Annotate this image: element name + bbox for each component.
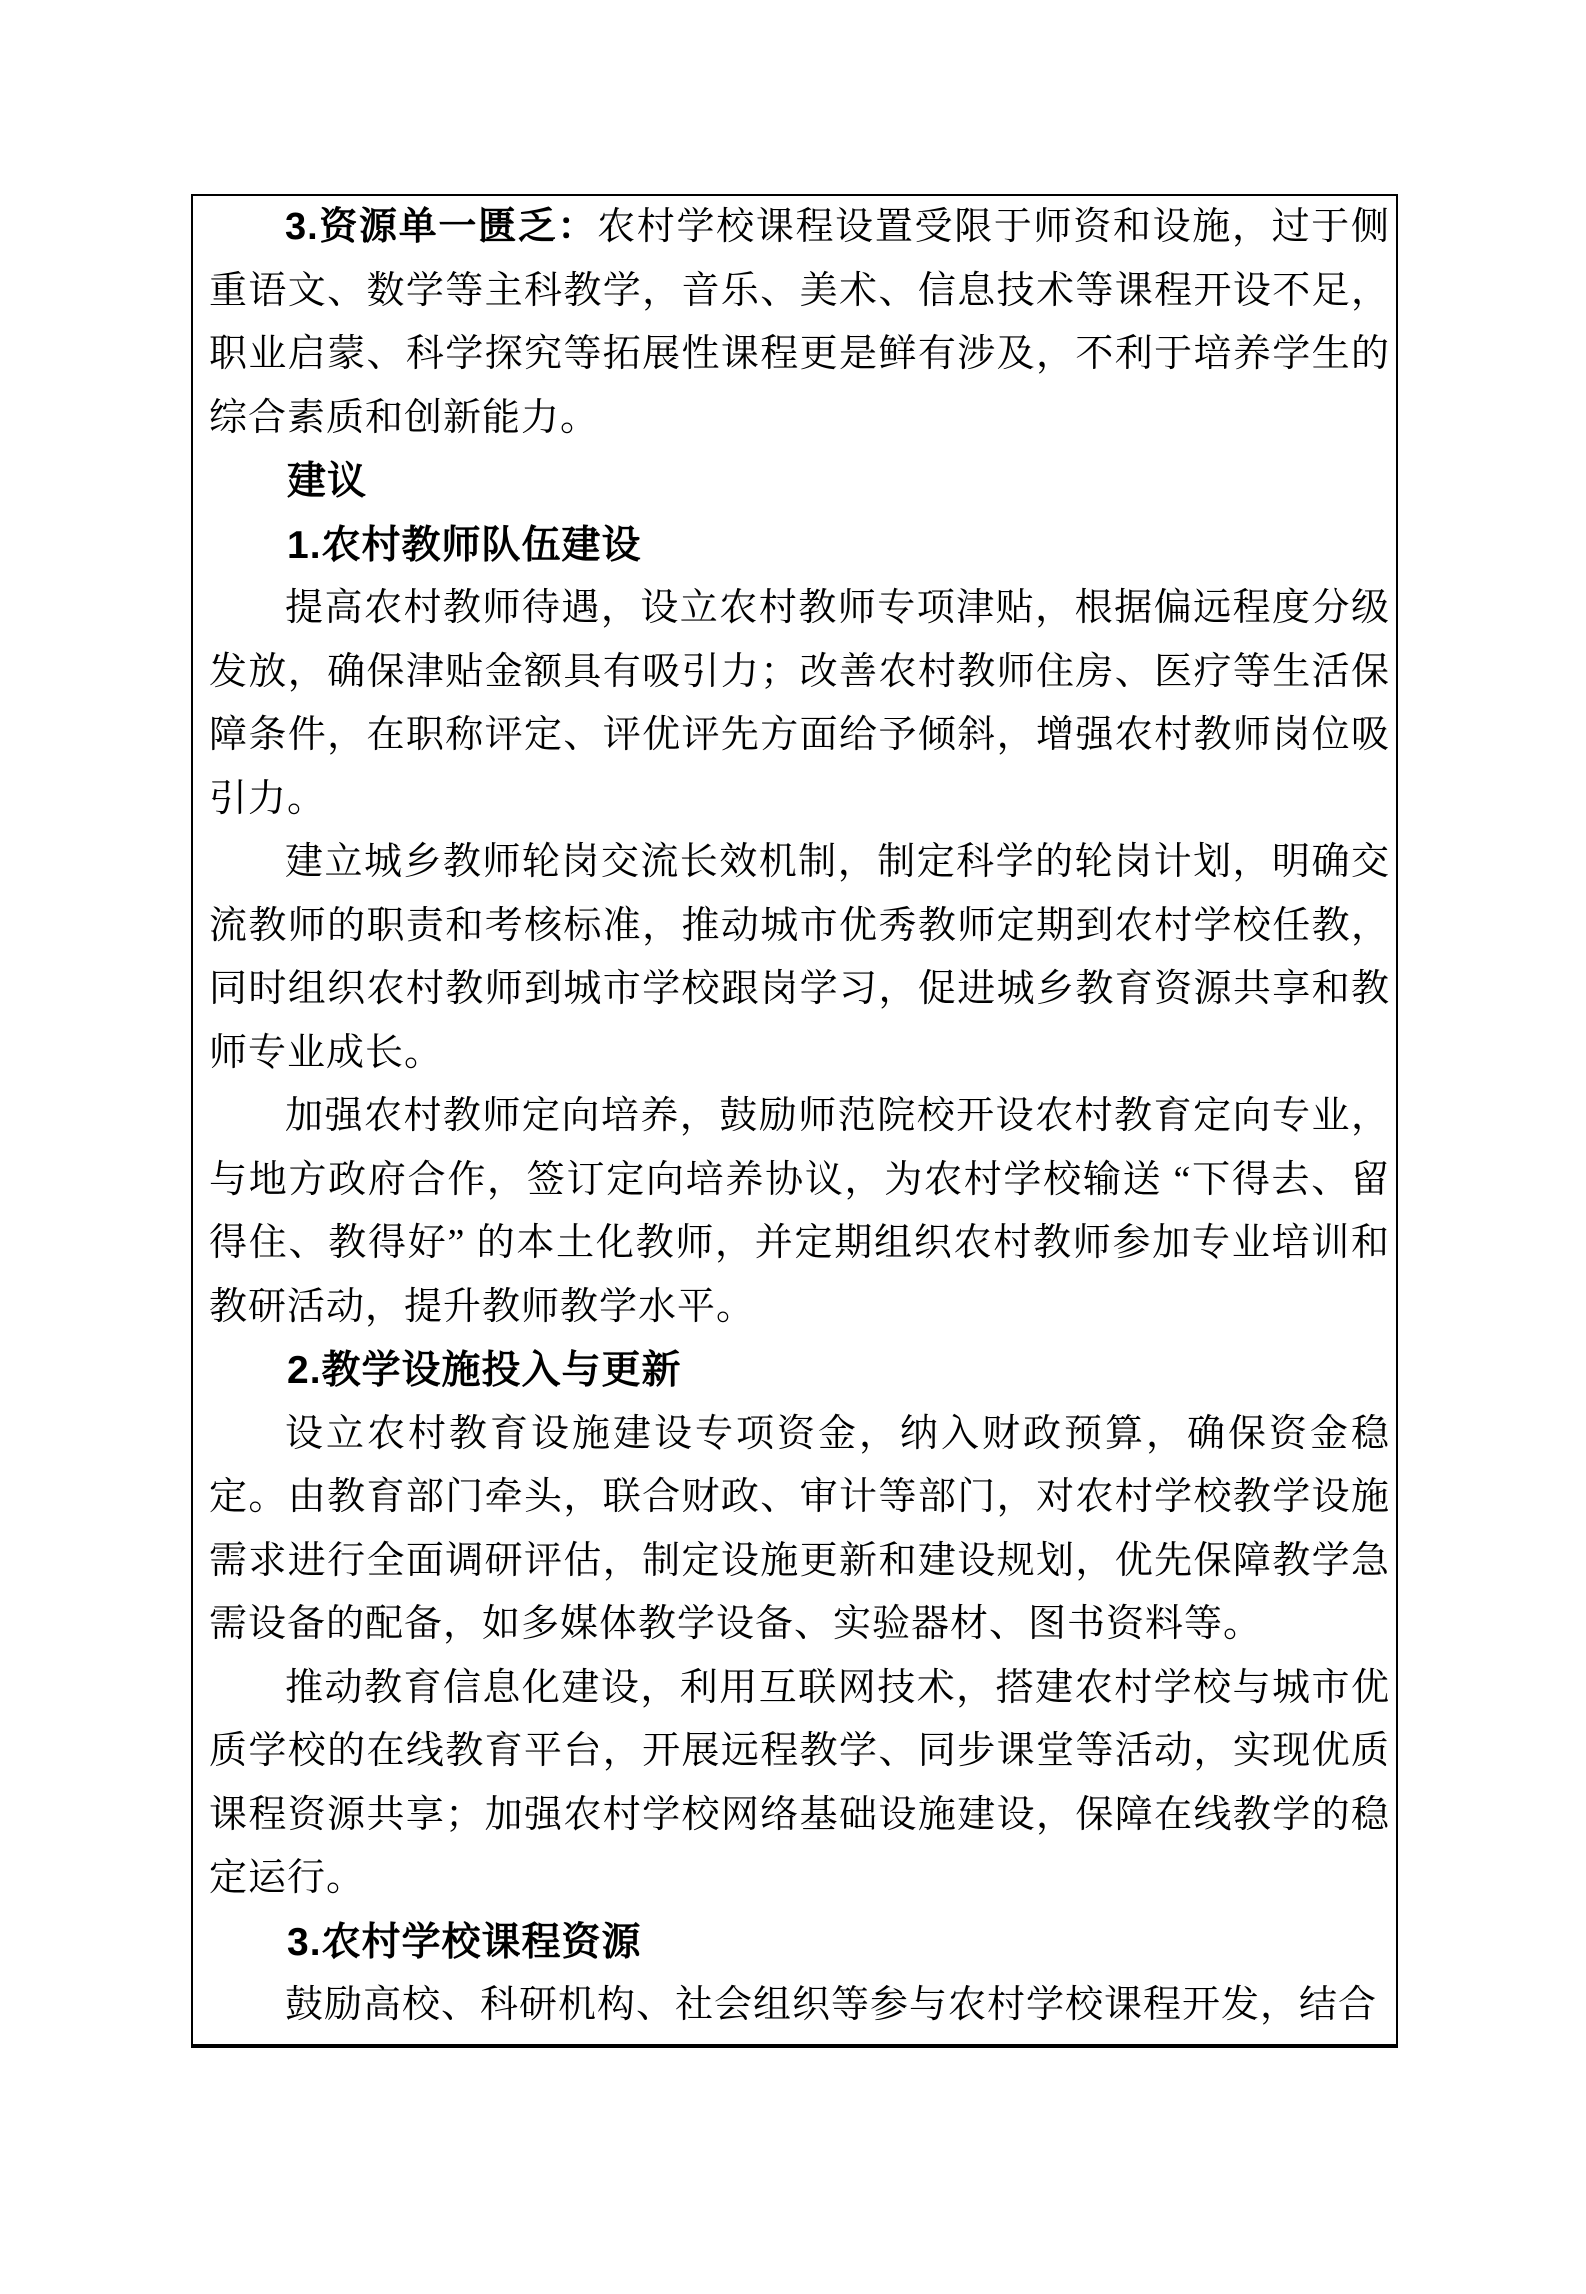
text-run: 提高农村教师待遇，设立农村教师专项津贴，根据偏远程度分级发放，确保津贴金额具有吸… <box>209 587 1390 820</box>
bold-text-run: 2.教学设施投入与更新 <box>287 1349 682 1392</box>
document-table-cell: 3.资源单一匮乏：农村学校课程设置受限于师资和设施，过于侧重语文、数学等主科教学… <box>191 194 1398 2048</box>
body-paragraph: 加强农村教师定向培养，鼓励师范院校开设农村教育定向专业，与地方政府合作，签订定向… <box>209 1085 1390 1339</box>
body-paragraph: 设立农村教育设施建设专项资金，纳入财政预算，确保资金稳定。由教育部门牵头，联合财… <box>209 1403 1390 1657</box>
text-run: 设立农村教育设施建设专项资金，纳入财政预算，确保资金稳定。由教育部门牵头，联合财… <box>209 1413 1390 1646</box>
section-heading: 1.农村教师队伍建设 <box>209 514 1390 578</box>
body-paragraph: 提高农村教师待遇，设立农村教师专项津贴，根据偏远程度分级发放，确保津贴金额具有吸… <box>209 577 1390 831</box>
text-run: 推动教育信息化建设，利用互联网技术，搭建农村学校与城市优质学校的在线教育平台，开… <box>209 1667 1390 1900</box>
section-heading: 2.教学设施投入与更新 <box>209 1339 1390 1403</box>
bold-text-run: 1.农村教师队伍建设 <box>287 524 642 567</box>
bold-text-run: 建议 <box>287 460 367 503</box>
text-run: 鼓励高校、科研机构、社会组织等参与农村学校课程开发，结合 <box>285 1984 1377 2026</box>
body-paragraph: 推动教育信息化建设，利用互联网技术，搭建农村学校与城市优质学校的在线教育平台，开… <box>209 1657 1390 1911</box>
bold-text-run: 3.农村学校课程资源 <box>287 1921 642 1964</box>
text-run: 加强农村教师定向培养，鼓励师范院校开设农村教育定向专业，与地方政府合作，签订定向… <box>209 1095 1390 1328</box>
body-paragraph: 3.资源单一匮乏：农村学校课程设置受限于师资和设施，过于侧重语文、数学等主科教学… <box>209 196 1390 450</box>
body-paragraph: 建立城乡教师轮岗交流长效机制，制定科学的轮岗计划，明确交流教师的职责和考核标准，… <box>209 831 1390 1085</box>
text-run: 建立城乡教师轮岗交流长效机制，制定科学的轮岗计划，明确交流教师的职责和考核标准，… <box>209 841 1390 1074</box>
section-heading: 建议 <box>209 450 1390 514</box>
section-heading: 3.农村学校课程资源 <box>209 1911 1390 1975</box>
body-paragraph: 鼓励高校、科研机构、社会组织等参与农村学校课程开发，结合 <box>209 1974 1390 2038</box>
bold-text-run: 3.资源单一匮乏： <box>285 206 597 248</box>
